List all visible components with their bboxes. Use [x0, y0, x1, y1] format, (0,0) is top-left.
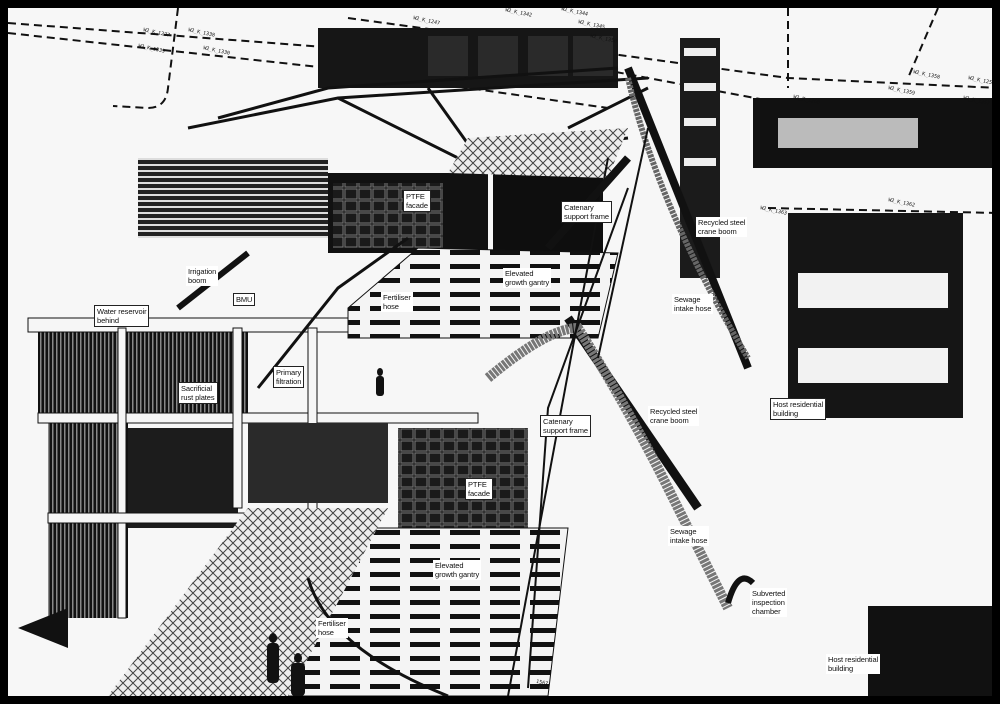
label-elevated-gantry-low: Elevated growth gantry: [433, 560, 481, 580]
label-catenary-frame-mid: Catenary support frame: [540, 415, 591, 437]
label-host-building-mid: Host residential building: [770, 398, 826, 420]
label-fertiliser-hose-low: Fertiliser hose: [316, 618, 348, 638]
rear-grille: [138, 158, 328, 238]
label-sewage-hose-low: Sewage intake hose: [668, 526, 709, 546]
label-water-reservoir: Water reservoir behind: [94, 305, 149, 327]
label-irrigation-boom: Irrigation boom: [186, 266, 218, 286]
label-catenary-frame-top: Catenary support frame: [561, 201, 612, 223]
label-recycled-boom-top: Recycled steel crane boom: [696, 217, 747, 237]
label-primary-filtration: Primary filtration: [273, 366, 304, 388]
label-fertiliser-hose-top: Fertiliser hose: [381, 292, 413, 312]
drawing-canvas: W2_K_1227 W2_K_1338 W2_K_1339 W2_K_1330 …: [8, 8, 992, 696]
label-recycled-boom-mid: Recycled steel crane boom: [648, 406, 699, 426]
label-bmu: BMU: [233, 293, 255, 306]
label-ptfe-facade-top: PTFE facade: [403, 190, 431, 212]
label-sacrificial-plates: Sacrificial rust plates: [178, 382, 218, 404]
label-subverted-chamber: Subverted inspection chamber: [750, 588, 787, 617]
axonometric-drawing: [8, 8, 992, 696]
label-host-building-low: Host residential building: [826, 654, 880, 674]
label-ptfe-facade-mid: PTFE facade: [465, 478, 493, 500]
label-elevated-gantry-top: Elevated growth gantry: [503, 268, 551, 288]
label-sewage-hose-top: Sewage intake hose: [672, 294, 713, 314]
